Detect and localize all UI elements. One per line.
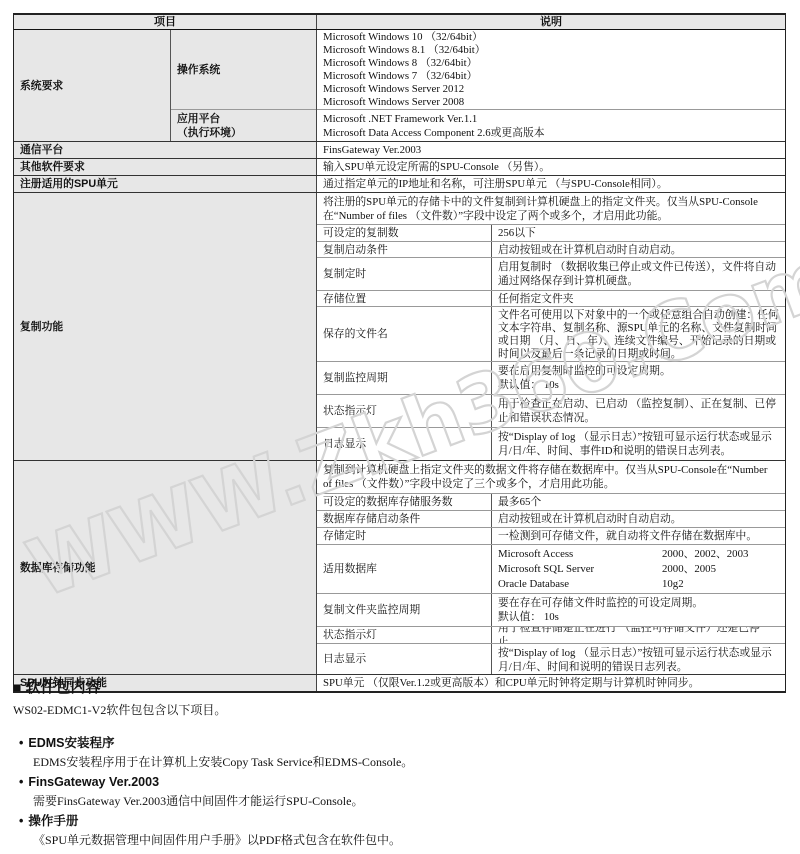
database-name: Microsoft SQL Server [498, 562, 662, 577]
copy-sub-value: 任何指定文件夹 [491, 291, 785, 306]
copy-sub-value: 按“Display of log （显示日志）”按钮可显示运行状态或显示月/日/… [491, 428, 785, 460]
copy-sub-label: 日志显示 [317, 428, 491, 460]
table-row: 保存的文件名 文件名可使用以下对象中的一个或任意组合自动创建：任何文本字符串、复… [317, 306, 785, 361]
os-value: Microsoft Windows 10 （32/64bit） Microsof… [317, 30, 785, 109]
row-other-software: 其他软件要求 输入SPU单元设定所需的SPU-Console （另售）。 [14, 158, 785, 175]
table-row: 状态指示灯 用于检查存储是正在进行 （监控可存储文件）还是已停止。 [317, 626, 785, 643]
system-desc-group: Microsoft Windows 10 （32/64bit） Microsof… [316, 30, 785, 141]
table-row: 存储位置 任何指定文件夹 [317, 290, 785, 306]
section-intro: WS02-EDMC1-V2软件包包含以下项目。 [13, 702, 783, 718]
section-title: ■软件包内容 [13, 678, 783, 697]
database-entry: Microsoft Access 2000、2002、2003 [498, 547, 779, 562]
db-sub-label: 存储定时 [317, 528, 491, 544]
table-row: 复制启动条件 启动按钮或在计算机启动时自动启动。 [317, 241, 785, 257]
other-label: 其他软件要求 [14, 159, 316, 175]
system-item-group: 系统要求 操作系统 应用平台 （执行环境） [14, 30, 316, 141]
db-label: 数据库存储功能 [14, 461, 316, 674]
list-item: •操作手册 《SPU单元数据管理中间固件用户手册》以PDF格式包含在软件包中。 [13, 813, 783, 848]
copy-intro: 将注册的SPU单元的存储卡中的文件复制到计算机硬盘上的指定文件夹。仅当从SPU-… [317, 193, 785, 224]
database-name: Oracle Database [498, 577, 662, 592]
comm-value: FinsGateway Ver.2003 [316, 142, 785, 158]
table-row: 数据库存储启动条件 启动按钮或在计算机启动时自动启动。 [317, 510, 785, 527]
row-communications-platform: 通信平台 FinsGateway Ver.2003 [14, 141, 785, 158]
register-label: 注册适用的SPU单元 [14, 176, 316, 192]
list-item: •EDMS安装程序 EDMS安装程序用于在计算机上安装Copy Task Ser… [13, 735, 783, 770]
database-entry: Microsoft SQL Server 2000、2005 [498, 562, 779, 577]
db-sub-label: 数据库存储启动条件 [317, 511, 491, 527]
table-row: 日志显示 按“Display of log （显示日志）”按钮可显示运行状态或显… [317, 643, 785, 674]
bullet-icon: • [19, 814, 23, 828]
database-name: Microsoft Access [498, 547, 662, 562]
list-item: •FinsGateway Ver.2003 需要FinsGateway Ver.… [13, 774, 783, 809]
db-sub-value: 用于检查存储是正在进行 （监控可存储文件）还是已停止。 [491, 627, 785, 643]
database-entry: Oracle Database 10g2 [498, 577, 779, 592]
package-item-title-text: EDMS安装程序 [28, 736, 114, 750]
db-sub-value: 启动按钮或在计算机启动时自动启动。 [491, 511, 785, 527]
bullet-icon: • [19, 736, 23, 750]
system-sublabels: 操作系统 应用平台 （执行环境） [170, 30, 316, 141]
package-contents-section: ■软件包内容 WS02-EDMC1-V2软件包包含以下项目。 •EDMS安装程序… [13, 678, 783, 852]
copy-body: 将注册的SPU单元的存储卡中的文件复制到计算机硬盘上的指定文件夹。仅当从SPU-… [316, 193, 785, 460]
db-sub-value: 一检测到可存储文件，就自动将文件存储在数据库中。 [491, 528, 785, 544]
package-item-desc: 需要FinsGateway Ver.2003通信中间固件才能运行SPU-Cons… [33, 793, 783, 809]
db-intro: 复制到计算机硬盘上指定文件夹的数据文件将存储在数据库中。仅当从SPU-Conso… [317, 461, 785, 493]
copy-sub-label: 复制监控周期 [317, 362, 491, 394]
other-value: 输入SPU单元设定所需的SPU-Console （另售）。 [316, 159, 785, 175]
os-label: 操作系统 [171, 30, 316, 109]
copy-sub-label: 复制启动条件 [317, 242, 491, 257]
row-copy-function: 复制功能 将注册的SPU单元的存储卡中的文件复制到计算机硬盘上的指定文件夹。仅当… [14, 192, 785, 460]
copy-sub-value: 启用复制时 （数据收集已停止或文件已传送），文件将自动通过网络保存到计算机硬盘。 [491, 258, 785, 290]
bullet-icon: • [19, 775, 23, 789]
copy-sub-value: 用于检查正在启动、已启动 （监控复制）、正在复制、已停止和错误状态情况。 [491, 395, 785, 427]
section-marker-icon: ■ [13, 679, 21, 695]
table-row: 可设定的复制数 256以下 [317, 224, 785, 241]
table-row: 复制文件夹监控周期 要在存在可存储文件时监控的可设定周期。 默认值： 10s [317, 593, 785, 626]
register-value: 通过指定单元的IP地址和名称，可注册SPU单元 （与SPU-Console相同）… [316, 176, 785, 192]
copy-sub-value: 256以下 [491, 225, 785, 241]
system-label: 系统要求 [14, 30, 170, 141]
db-sub-label: 可设定的数据库存储服务数 [317, 494, 491, 510]
copy-sub-label: 复制定时 [317, 258, 491, 290]
row-database-function: 数据库存储功能 复制到计算机硬盘上指定文件夹的数据文件将存储在数据库中。仅当从S… [14, 460, 785, 674]
column-header-item: 项目 [14, 15, 316, 29]
database-version: 2000、2005 [662, 562, 716, 577]
database-version: 10g2 [662, 577, 684, 592]
package-item-title-text: 操作手册 [28, 814, 78, 828]
column-header-desc: 说明 [316, 15, 785, 29]
table-row: 状态指示灯 用于检查正在启动、已启动 （监控复制）、正在复制、已停止和错误状态情… [317, 394, 785, 427]
db-sub-label: 日志显示 [317, 644, 491, 674]
package-item-title-text: FinsGateway Ver.2003 [28, 775, 159, 789]
copy-sub-value: 启动按钮或在计算机启动时自动启动。 [491, 242, 785, 257]
db-supported-databases: Microsoft Access 2000、2002、2003 Microsof… [491, 545, 785, 593]
package-item-title: •FinsGateway Ver.2003 [19, 774, 783, 790]
section-title-text: 软件包内容 [25, 679, 100, 696]
copy-sub-label: 保存的文件名 [317, 307, 491, 361]
package-item-title: •EDMS安装程序 [19, 735, 783, 751]
copy-sub-label: 状态指示灯 [317, 395, 491, 427]
table-row: 复制监控周期 要在启用复制时监控的可设定周期。 默认值： 10s [317, 361, 785, 394]
copy-sub-value: 要在启用复制时监控的可设定周期。 默认值： 10s [491, 362, 785, 394]
db-sub-value: 最多65个 [491, 494, 785, 510]
copy-label: 复制功能 [14, 193, 316, 460]
table-row: 适用数据库 Microsoft Access 2000、2002、2003 Mi… [317, 544, 785, 593]
table-header-row: 项目 说明 [14, 15, 785, 30]
db-sub-label: 适用数据库 [317, 545, 491, 593]
table-row: 复制定时 启用复制时 （数据收集已停止或文件已传送），文件将自动通过网络保存到计… [317, 257, 785, 290]
copy-sub-label: 可设定的复制数 [317, 225, 491, 241]
platform-value: Microsoft .NET Framework Ver.1.1 Microso… [317, 109, 785, 141]
db-sub-label: 状态指示灯 [317, 627, 491, 643]
db-sub-value: 要在存在可存储文件时监控的可设定周期。 默认值： 10s [491, 594, 785, 626]
db-body: 复制到计算机硬盘上指定文件夹的数据文件将存储在数据库中。仅当从SPU-Conso… [316, 461, 785, 674]
row-system-requirements: 系统要求 操作系统 应用平台 （执行环境） Microsoft Windows … [14, 30, 785, 141]
spec-table: 项目 说明 系统要求 操作系统 应用平台 （执行环境） Microsoft Wi… [13, 13, 786, 693]
copy-sub-label: 存储位置 [317, 291, 491, 306]
row-register-spu: 注册适用的SPU单元 通过指定单元的IP地址和名称，可注册SPU单元 （与SPU… [14, 175, 785, 192]
package-item-desc: EDMS安装程序用于在计算机上安装Copy Task Service和EDMS-… [33, 754, 783, 770]
package-item-desc: 《SPU单元数据管理中间固件用户手册》以PDF格式包含在软件包中。 [33, 832, 783, 848]
db-sub-value: 按“Display of log （显示日志）”按钮可显示运行状态或显示月/日/… [491, 644, 785, 674]
package-item-title: •操作手册 [19, 813, 783, 829]
table-row: 可设定的数据库存储服务数 最多65个 [317, 493, 785, 510]
platform-label: 应用平台 （执行环境） [171, 109, 316, 141]
table-row: 存储定时 一检测到可存储文件，就自动将文件存储在数据库中。 [317, 527, 785, 544]
copy-sub-value: 文件名可使用以下对象中的一个或任意组合自动创建：任何文本字符串、复制名称、源SP… [491, 307, 785, 361]
db-sub-label: 复制文件夹监控周期 [317, 594, 491, 626]
database-version: 2000、2002、2003 [662, 547, 748, 562]
comm-label: 通信平台 [14, 142, 316, 158]
table-row: 日志显示 按“Display of log （显示日志）”按钮可显示运行状态或显… [317, 427, 785, 460]
